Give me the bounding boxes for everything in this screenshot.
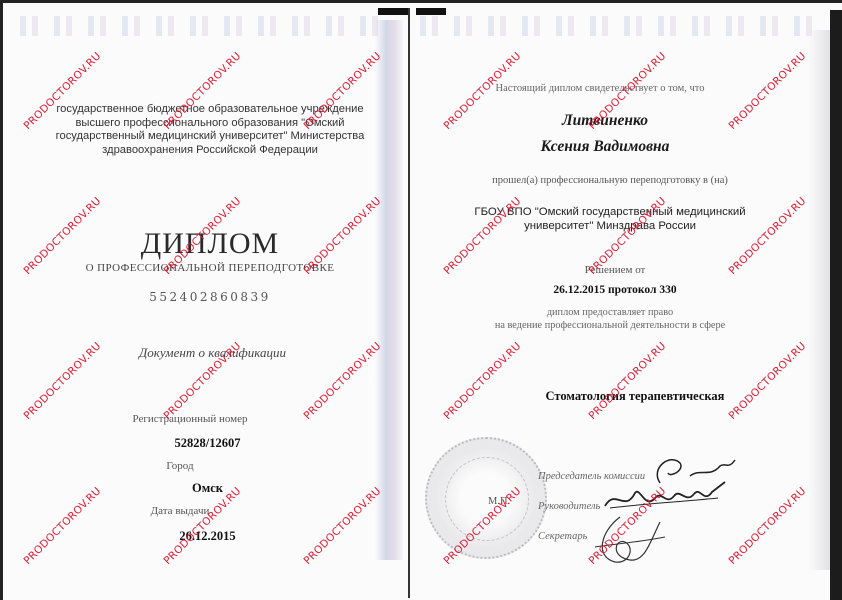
city-label: Город	[30, 460, 330, 472]
scan-tab	[378, 8, 408, 15]
institution-line: высшего профессионального образования "О…	[40, 117, 380, 131]
institution-line: здравоохранения Российской Федерации	[40, 144, 380, 158]
scan-tab	[416, 8, 446, 15]
rights-line: на ведение профессиональной деятельности…	[430, 320, 790, 333]
scan-edge-top	[0, 0, 842, 3]
scan-edge-right	[830, 10, 842, 600]
registration-number: 52828/12607	[40, 436, 375, 451]
page-edge-shadow	[808, 30, 830, 570]
watermark-text: PRODOCTOROV.RU	[587, 340, 669, 422]
watermark-text: PRODOCTOROV.RU	[442, 340, 524, 422]
spine-fold	[408, 8, 410, 598]
document-subtitle: О ПРОФЕССИОНАЛЬНОЙ ПЕРЕПОДГОТОВКЕ	[40, 262, 380, 274]
decision-label: Решением от	[470, 264, 760, 276]
watermark-text: PRODOCTOROV.RU	[162, 485, 244, 567]
watermark-text: PRODOCTOROV.RU	[727, 340, 809, 422]
training-organization: ГБОУ ВПО "Омский государственный медицин…	[420, 205, 800, 233]
rights-text: диплом предоставляет право на ведение пр…	[430, 307, 790, 332]
watermark-text: PRODOCTOROV.RU	[302, 485, 384, 567]
organization-line: ГБОУ ВПО "Омский государственный медицин…	[420, 205, 800, 219]
seal-stamp-icon	[425, 437, 547, 559]
passed-text: прошел(а) профессиональную переподготовк…	[420, 175, 800, 186]
serial-number: 552402860839	[40, 290, 380, 304]
head-label: Руководитель	[538, 501, 600, 512]
watermark-text: PRODOCTOROV.RU	[727, 485, 809, 567]
scan-edge-left	[0, 0, 3, 600]
institution-line: государственный медицинский университет"…	[40, 130, 380, 144]
ornament-border-right	[420, 16, 820, 36]
diploma-scan: государственное бюджетное образовательно…	[0, 0, 842, 600]
secretary-label: Секретарь	[538, 531, 587, 542]
watermark-text: PRODOCTOROV.RU	[22, 485, 104, 567]
decision-value: 26.12.2015 протокол 330	[470, 284, 760, 296]
ornament-border-left	[20, 16, 380, 36]
rights-line: диплом предоставляет право	[430, 307, 790, 320]
organization-line: университет" Минздрава России	[420, 219, 800, 233]
registration-label: Регистрационный номер	[40, 413, 340, 425]
holder-given-names: Ксения Вадимовна	[430, 138, 780, 156]
